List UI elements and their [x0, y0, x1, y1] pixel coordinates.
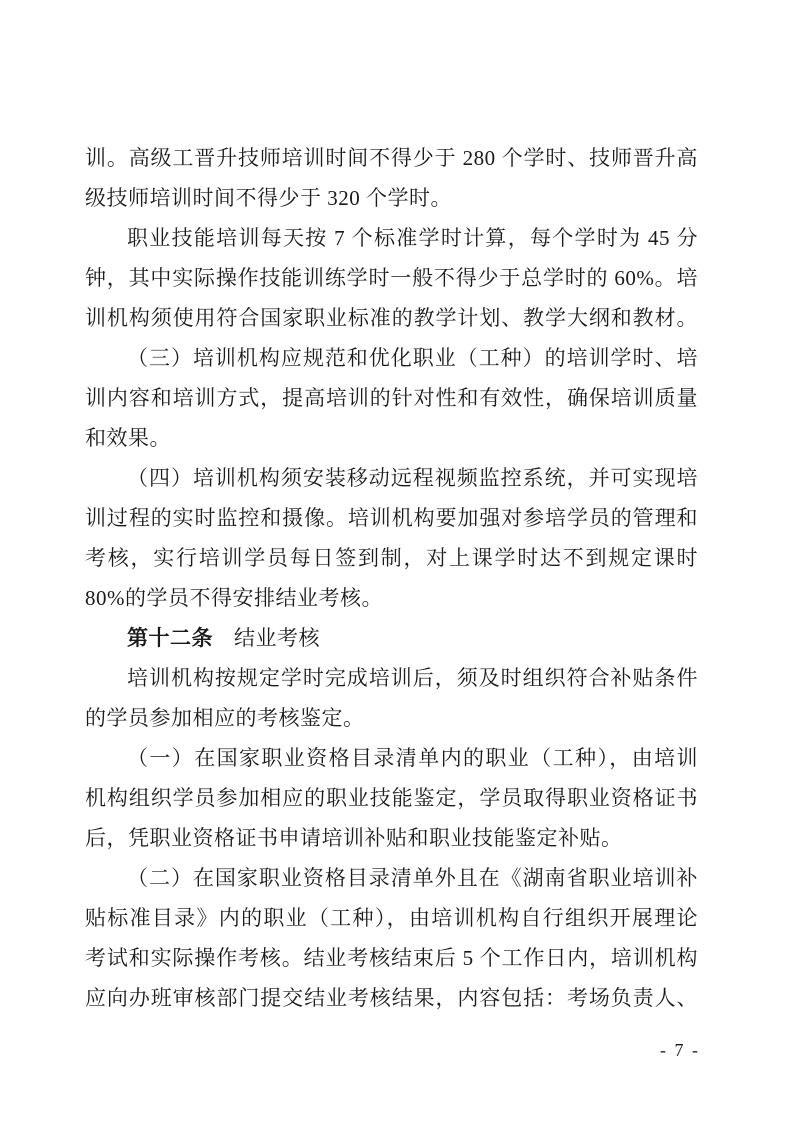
text-line: 机构组织学员参加相应的职业技能鉴定，学员取得职业资格证书	[85, 778, 698, 818]
page-number: - 7 -	[660, 1038, 700, 1062]
text-line: 训内容和培训方式，提高培训的针对性和有效性，确保培训质量	[85, 378, 698, 418]
text-line: 贴标准目录》内的职业（工种），由培训机构自行组织开展理论	[85, 898, 698, 938]
text-line: 考核，实行培训学员每日签到制，对上课学时达不到规定课时	[85, 538, 698, 578]
text-line: （一）在国家职业资格目录清单内的职业（工种），由培训	[85, 738, 698, 778]
text-line: 的学员参加相应的考核鉴定。	[85, 698, 698, 738]
text-line: 训机构须使用符合国家职业标准的教学计划、教学大纲和教材。	[85, 298, 698, 338]
article-title: 结业考核	[234, 626, 320, 650]
text-line: 训过程的实时监控和摄像。培训机构要加强对参培学员的管理和	[85, 498, 698, 538]
text-line: （四）培训机构须安装移动远程视频监控系统，并可实现培	[85, 458, 698, 498]
text-line: 培训机构按规定学时完成培训后，须及时组织符合补贴条件	[85, 658, 698, 698]
text-line: 80%的学员不得安排结业考核。	[85, 578, 698, 618]
article-number: 第十二条	[127, 626, 213, 650]
text-line: （二）在国家职业资格目录清单外且在《湖南省职业培训补	[85, 858, 698, 898]
text-line: 和效果。	[85, 418, 698, 458]
text-line: 考试和实际操作考核。结业考核结束后 5 个工作日内，培训机构	[85, 938, 698, 978]
text-line: 职业技能培训每天按 7 个标准学时计算，每个学时为 45 分	[85, 218, 698, 258]
text-line: 训。高级工晋升技师培训时间不得少于 280 个学时、技师晋升高	[85, 138, 698, 178]
text-line: 后，凭职业资格证书申请培训补贴和职业技能鉴定补贴。	[85, 818, 698, 858]
text-line: （三）培训机构应规范和优化职业（工种）的培训学时、培	[85, 338, 698, 378]
text-line: 级技师培训时间不得少于 320 个学时。	[85, 178, 698, 218]
document-page: 训。高级工晋升技师培训时间不得少于 280 个学时、技师晋升高 级技师培训时间不…	[0, 0, 793, 1122]
article-heading: 第十二条结业考核	[85, 618, 698, 658]
document-body: 训。高级工晋升技师培训时间不得少于 280 个学时、技师晋升高 级技师培训时间不…	[85, 138, 698, 1018]
text-line: 应向办班审核部门提交结业考核结果，内容包括：考场负责人、	[85, 978, 698, 1018]
text-line: 钟，其中实际操作技能训练学时一般不得少于总学时的 60%。培	[85, 258, 698, 298]
